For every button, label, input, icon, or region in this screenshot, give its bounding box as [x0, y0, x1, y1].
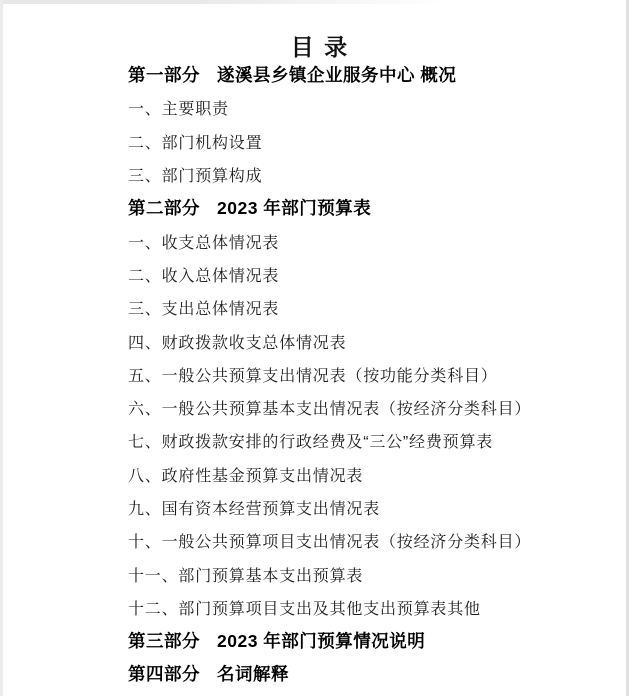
toc-entry: 十、一般公共预算项目支出情况表（按经济分类科目）	[128, 524, 628, 557]
toc-part-number: 第一部分	[128, 62, 200, 87]
table-of-contents: 第一部分 遂溪县乡镇企业服务中心 概况 一、主要职责 二、部门机构设置 三、部门…	[128, 58, 628, 691]
toc-part-heading: 第三部分 2023 年部门预算情况说明	[128, 624, 628, 657]
toc-part-title: 名词解释	[217, 661, 289, 686]
page-top-edge-shadow	[0, 0, 640, 4]
toc-entry: 三、支出总体情况表	[128, 291, 628, 324]
toc-part-number: 第四部分	[128, 661, 200, 686]
toc-entry: 六、一般公共预算基本支出情况表（按经济分类科目）	[128, 391, 628, 424]
toc-entry: 十一、部门预算基本支出预算表	[128, 557, 628, 590]
toc-entry: 十二、部门预算项目支出及其他支出预算表其他	[128, 591, 628, 624]
toc-entry: 一、主要职责	[128, 91, 628, 124]
toc-part-number: 第二部分	[128, 195, 200, 220]
toc-part-number: 第三部分	[128, 628, 200, 653]
toc-entry: 二、收入总体情况表	[128, 258, 628, 291]
toc-entry: 八、政府性基金预算支出情况表	[128, 458, 628, 491]
toc-entry: 二、部门机构设置	[128, 125, 628, 158]
toc-entry: 三、部门预算构成	[128, 158, 628, 191]
toc-part-title: 2023 年部门预算情况说明	[217, 628, 425, 653]
toc-part-heading: 第四部分 名词解释	[128, 657, 628, 690]
toc-entry: 一、收支总体情况表	[128, 224, 628, 257]
page-left-edge-shadow	[0, 0, 3, 696]
toc-entry: 九、国有资本经营预算支出情况表	[128, 491, 628, 524]
toc-part-heading: 第一部分 遂溪县乡镇企业服务中心 概况	[128, 58, 628, 91]
toc-entry: 五、一般公共预算支出情况表（按功能分类科目）	[128, 358, 628, 391]
toc-entry: 四、财政拨款收支总体情况表	[128, 324, 628, 357]
toc-part-title: 2023 年部门预算表	[217, 195, 371, 220]
toc-part-heading: 第二部分 2023 年部门预算表	[128, 191, 628, 224]
document-page: 目 录 第一部分 遂溪县乡镇企业服务中心 概况 一、主要职责 二、部门机构设置 …	[0, 0, 640, 696]
toc-entry: 七、财政拨款安排的行政经费及“三公”经费预算表	[128, 424, 628, 457]
toc-part-title: 遂溪县乡镇企业服务中心 概况	[217, 62, 456, 87]
